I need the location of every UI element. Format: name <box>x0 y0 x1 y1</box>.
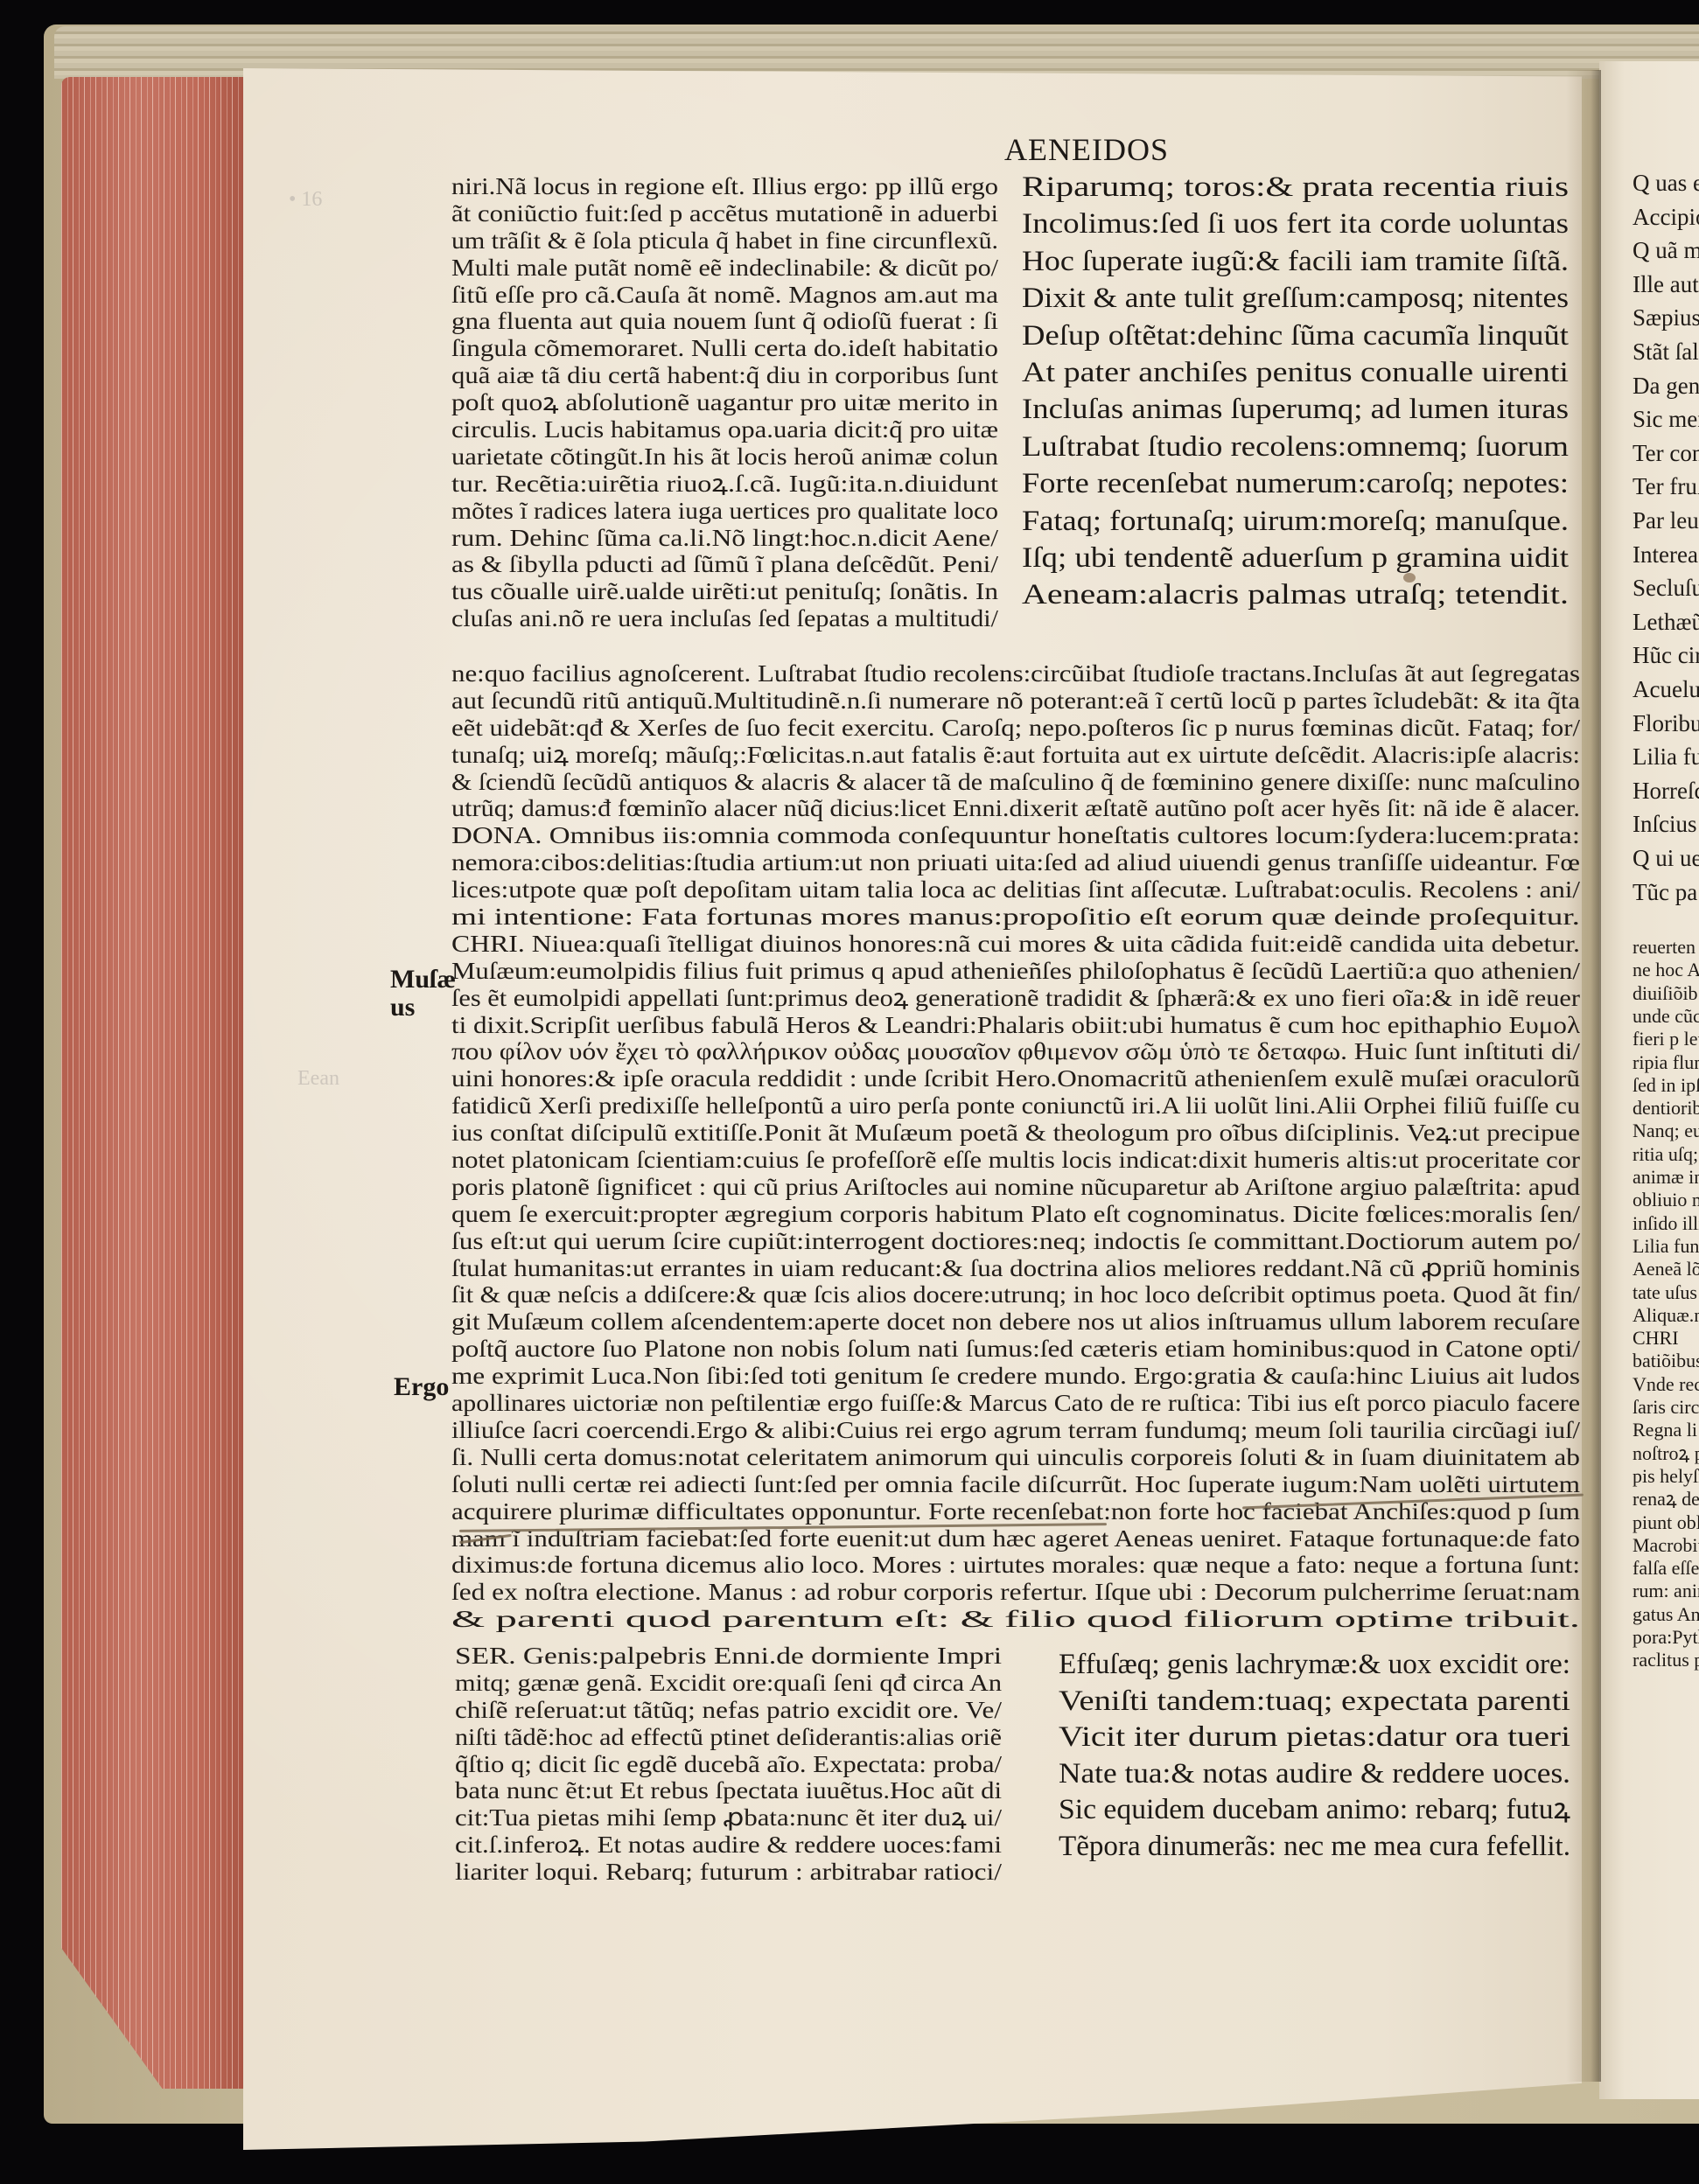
commentary-line: q̃ſtio q; dicit ſic egdẽ ducebã aĩo. Exp… <box>455 1751 955 1778</box>
facing-page-commentary-line: pora:Pyth <box>1633 1626 1699 1649</box>
commentary-line: quem ſe exercuit:propter ægregium corpor… <box>451 1201 1491 1228</box>
commentary-line: circulis. Lucis habitamus opa.uaria dici… <box>451 416 958 443</box>
commentary-line: CHRI. Niuea:quaſi ĩtelligat diuinos hono… <box>451 931 1491 958</box>
commentary-line: SER. Genis:palpebris Enni.de dormiente I… <box>455 1643 955 1670</box>
facing-page-verse-line: Acuelut <box>1633 673 1699 706</box>
facing-page-commentary-line: ne hoc A <box>1633 959 1699 981</box>
commentary-line: acquirere plurimæ difficultates opponunt… <box>451 1498 1491 1525</box>
commentary-line: poris platonẽ ſignificet : qui cũ prius … <box>451 1174 1491 1201</box>
commentary-line: ius conſtat diſcipulũ extitiſſe.Ponit ãt… <box>451 1120 1491 1147</box>
commentary-line: mõtes ĩ radices latera iuga uertices pro… <box>451 498 958 525</box>
verse-block-1: Riparumq; toros:& prata recentia riuisIn… <box>1022 169 1533 614</box>
verse-line: Fataq; fortunaſq; uirum:moreſq; manuſque… <box>1022 503 1533 540</box>
commentary-line: DONA. Omnibus iis:omnia commoda conſequu… <box>451 822 1491 849</box>
facing-page-verse-line: Hũc circ <box>1633 638 1699 672</box>
facing-page-commentary-line: diuiſiõib <box>1633 982 1698 1005</box>
verse-line: Luſtrabat ſtudio recolens:omnemq; ſuorum <box>1022 429 1533 465</box>
facing-page-verse-line: Q ui ue <box>1633 841 1699 875</box>
facing-page-verse-line: Tũc pa <box>1633 876 1697 909</box>
commentary-line: um trãſit & ẽ ſola pticula q̃ habet in f… <box>451 227 958 255</box>
facing-page-verse-line: Q uã m <box>1633 234 1699 267</box>
commentary-line: ſit & quæ neſcis a ddiſcere:& quæ ſcis a… <box>451 1281 1491 1308</box>
facing-page-commentary-line: rum: anim <box>1633 1580 1699 1602</box>
commentary-line: bata nunc ẽt:ut Et rebus ſpectata iuuẽtu… <box>455 1777 955 1804</box>
verse-line: Incolimus:ſed ſi uos fert ita corde uolu… <box>1022 206 1533 242</box>
verse-line: At pater anchiſes penitus conualle uiren… <box>1022 354 1533 391</box>
facing-page-verse-line: Q uas e <box>1633 166 1699 199</box>
facing-page-verse-line: Par leuib <box>1633 504 1699 537</box>
commentary-line: cit:Tua pietas mihi ſemp ꝓbata:nunc ẽt i… <box>455 1804 955 1832</box>
facing-page-verse-line: Horreſc <box>1633 774 1699 807</box>
commentary-line: nemora:cibos:delitias:ſtudia artium:ut n… <box>451 849 1491 876</box>
facing-page-commentary-line: Macrobiu <box>1633 1534 1699 1557</box>
facing-page-verse-line: Da genit <box>1633 369 1699 402</box>
commentary-line: ſi. Nulli certa domus:notat celeritatem … <box>451 1444 1491 1471</box>
facing-page-commentary-line: falſa eſſe p <box>1633 1557 1699 1580</box>
facing-page-commentary-line: animæ in <box>1633 1166 1699 1189</box>
commentary-line: lices:utpote quæ poſt depoſitam uitam ta… <box>451 876 1491 904</box>
facing-page-verse-line: Ter cona <box>1633 436 1699 470</box>
commentary-line: ne:quo facilius agnoſcerent. Luſtrabat ſ… <box>451 660 1491 687</box>
commentary-line: as & ſibylla pducti ad ſũmũ ĩ plana deſc… <box>451 551 958 578</box>
show-through-marks: Eean <box>297 1067 339 1091</box>
commentary-line: liariter loqui. Rebarq; futurum : arbitr… <box>455 1859 955 1886</box>
commentary-line: tus cõualle uirẽ.ualde uirẽti:ut penituſ… <box>451 578 958 605</box>
commentary-block-1: niri.Nã locus in regione eſt. Illius erg… <box>451 173 958 632</box>
facing-page-commentary-line: ritia uſq; a <box>1633 1143 1699 1166</box>
running-head: AENEIDOS <box>1004 131 1169 168</box>
facing-page-commentary-line: Regna li <box>1633 1419 1697 1441</box>
commentary-line: Muſæum:eumolpidis filius fuit primus q a… <box>451 958 1491 985</box>
facing-page-commentary-line: batiõibus: <box>1633 1350 1699 1372</box>
facing-page-commentary-line: dentiorib <box>1633 1097 1699 1120</box>
commentary-line: ti dixit.Scripſit uerſibus fabulã Heros … <box>451 1012 1491 1039</box>
commentary-line: gna fluenta aut quia nouem ſunt q̃ odioſ… <box>451 308 958 335</box>
verse-line: Vicit iter durum pietas:datur ora tueri <box>1059 1720 1570 1756</box>
facing-page-verse-line: Floribus <box>1633 707 1699 740</box>
facing-page-verse-line: Stãt ſale <box>1633 335 1699 368</box>
facing-page-verse-line: Inſcius a <box>1633 807 1699 841</box>
show-through-marks: • 16 <box>289 188 322 212</box>
commentary-line: utrũq; damus:đ fœminĩo alacer nũq̃ diciu… <box>451 795 1491 822</box>
verse-block-2: Effuſæq; genis lachrymæ:& uox excidit or… <box>1059 1647 1570 1865</box>
facing-page-commentary-line: renaꝝ deg <box>1633 1488 1699 1511</box>
commentary-line: & parenti quod parentum eſt: & filio quo… <box>451 1606 1491 1633</box>
commentary-line: & ſciendũ ſecũdũ antiquos & alacris & al… <box>451 769 1491 796</box>
commentary-line: ſtulat humanitas:ut errantes in uiam red… <box>451 1255 1491 1282</box>
facing-page-verse-line: Ille autẽ <box>1633 268 1699 301</box>
marginal-note-line: Muſæ <box>390 966 456 994</box>
facing-page-commentary-line: Aliquæ.n. <box>1633 1304 1699 1327</box>
commentary-line: ſed ex noſtra electione. Manus : ad robu… <box>451 1579 1491 1606</box>
facing-page-verse-line: Sic mem <box>1633 402 1699 436</box>
facing-page-commentary-line: Nanq; eu <box>1633 1120 1699 1142</box>
commentary-line: apollinares uictoriæ non peſtilentiæ erg… <box>451 1390 1491 1417</box>
facing-page-commentary-line: unde cũct <box>1633 1005 1699 1028</box>
marginal-note-ergo: Ergo <box>394 1373 449 1401</box>
commentary-line: tur. Recẽtia:uirẽtia riuoꝝ.ſ.cã. Iugũ:it… <box>451 471 958 498</box>
commentary-line: mitq; gænæ genã. Excidit ore:quaſi ſeni … <box>455 1670 955 1697</box>
facing-page-verse-line: Accipio <box>1633 200 1699 234</box>
verse-line: Iſq; ubi tendentẽ aduerſum p gramina uid… <box>1022 540 1533 576</box>
commentary-line: eẽt uidebãt:qđ & Xerſes de ſuo fecit exe… <box>451 715 1491 742</box>
commentary-line: niſti tãdẽ:hoc ad effectũ ptinet deſider… <box>455 1724 955 1751</box>
facing-page-commentary-line: raclitus p <box>1633 1649 1699 1671</box>
facing-page-commentary-line: ſed in ipſis <box>1633 1074 1699 1097</box>
facing-page-verse-line: Interea u <box>1633 538 1699 571</box>
verse-line: Effuſæq; genis lachrymæ:& uox excidit or… <box>1059 1647 1570 1684</box>
facing-page-commentary-line: fieri p leth <box>1633 1028 1699 1050</box>
commentary-line: poſt quoꝝ abſolutionẽ uagantur pro uitæ … <box>451 389 958 416</box>
commentary-line: ſoluti nulli certæ rei adiecti ſunt:ſed … <box>451 1471 1491 1498</box>
facing-page-commentary-line: obliuio m <box>1633 1189 1699 1211</box>
facing-page-commentary-line: Lilia fun <box>1633 1235 1699 1258</box>
facing-page-commentary-line: Aeneã lõg <box>1633 1258 1699 1280</box>
verse-line: Hoc ſuperate iugũ:& facili iam tramite ſ… <box>1022 243 1533 280</box>
commentary-line: Multi male putãt nomẽ eẽ indeclinabile: … <box>451 255 958 282</box>
verse-line: Sic equidem ducebam animo: rebarq; futuꝝ <box>1059 1792 1570 1829</box>
commentary-line: cit.ſ.inferoꝝ. Et notas audire & reddere… <box>455 1832 955 1859</box>
commentary-line: niri.Nã locus in regione eſt. Illius erg… <box>451 173 958 200</box>
commentary-line: ſes ẽt eumolpidi appellati ſunt:primus d… <box>451 985 1491 1012</box>
commentary-line: rum. Dehinc ſũma ca.li.Nõ lingt:hoc.n.di… <box>451 525 958 552</box>
marginal-note-line: us <box>390 994 456 1022</box>
commentary-line: notet platonicam ſcientiam:cuius ſe prof… <box>451 1147 1491 1174</box>
ink-stain <box>1403 573 1416 583</box>
facing-page-commentary-line: Vnde rect <box>1633 1373 1699 1396</box>
commentary-line: cluſas ani.nõ re uera incluſas ſed ſepat… <box>451 605 958 632</box>
commentary-block-3: SER. Genis:palpebris Enni.de dormiente I… <box>455 1643 955 1886</box>
facing-page-verse-line: Lilia fun <box>1633 740 1699 773</box>
commentary-line: που φίλον υόν ἔχει τὸ φαλλήρικον οὐδας μ… <box>451 1038 1491 1065</box>
commentary-line: chiſẽ reſeruat:ut tãtũq; nefas patrio ex… <box>455 1697 955 1724</box>
facing-page-commentary-line: pis helyſiis <box>1633 1465 1699 1488</box>
facing-page-fragment: Q uas eAccipioQ uã mIlle autẽSæpius cStã… <box>1599 61 1699 2099</box>
commentary-line: aut ſecundũ ritũ antiquũ.Multitudinẽ.n.ſ… <box>451 687 1491 715</box>
commentary-block-2: ne:quo facilius agnoſcerent. Luſtrabat ſ… <box>451 660 1491 1633</box>
verse-line: Dixit & ante tulit greſſum:camposq; nite… <box>1022 280 1533 317</box>
red-stained-page-edges <box>61 77 245 2089</box>
facing-page-commentary-line: gatus Anc <box>1633 1603 1699 1626</box>
facing-page-verse-line: Secluſun <box>1633 571 1699 604</box>
commentary-line: quã aiæ tã diu certã habent:q̃ diu in co… <box>451 362 958 389</box>
commentary-line: git Muſæum collem aſcendentem:aperte doc… <box>451 1308 1491 1336</box>
verse-line: Riparumq; toros:& prata recentia riuis <box>1022 169 1533 206</box>
verse-line: Nate tua:& notas audire & reddere uoces. <box>1059 1756 1570 1793</box>
facing-page-commentary-line: reuerten <box>1633 936 1696 959</box>
facing-page-commentary-line: noſtroꝝ p <box>1633 1442 1699 1465</box>
commentary-line: mi intentione: Fata fortunas mores manus… <box>451 904 1491 931</box>
facing-page-verse-line: Lethæũq <box>1633 605 1699 638</box>
commentary-line: diximus:de fortuna dicemus alio loco. Mo… <box>451 1552 1491 1579</box>
commentary-line: uarietate cõtingũt.In his ãt locis heroũ… <box>451 443 958 471</box>
commentary-line: uini honores:& ipſe oracula reddidit : u… <box>451 1065 1491 1092</box>
facing-page-commentary-line: ripia flum <box>1633 1051 1699 1074</box>
verse-line: Forte recenſebat numerum:caroſq; nepotes… <box>1022 465 1533 502</box>
facing-page-commentary-line: tate uſus la <box>1633 1281 1699 1304</box>
commentary-line: fatidicũ Xerſi predixiſſe helleſpontũ a … <box>451 1092 1491 1120</box>
commentary-line: tunaſq; uiꝝ moreſq; mãuſq;:Fœlicitas.n.a… <box>451 742 1491 769</box>
verse-line: Veniſti tandem:tuaq; expectata parenti <box>1059 1684 1570 1720</box>
marginal-note-line: Ergo <box>394 1373 449 1401</box>
verse-line: Incluſas animas ſuperumq; ad lumen itura… <box>1022 391 1533 428</box>
commentary-line: poſtq̃ auctore ſuo Platone non nobis ſol… <box>451 1336 1491 1363</box>
verse-line: Deſup oſtẽtat:dehinc ſũma cacumĩa linquũ… <box>1022 317 1533 354</box>
facing-page-commentary-line: ſaris circa <box>1633 1396 1699 1419</box>
facing-page-commentary-line: CHRI <box>1633 1327 1679 1350</box>
commentary-line: me exprimit Luca.Non ſibi:ſed toti genit… <box>451 1363 1491 1390</box>
marginal-note-musaeus: Muſæ us <box>390 966 456 1022</box>
commentary-line: ſus eſt:ut qui uerum ſcire cupiũt:interr… <box>451 1228 1491 1255</box>
facing-page-commentary-line: piunt obli <box>1633 1511 1699 1534</box>
verse-line: Tẽpora dinumerãs: nec me mea cura fefell… <box>1059 1829 1570 1866</box>
commentary-line: illiuſce ſacri coercendi.Ergo & alibi:Cu… <box>451 1417 1491 1444</box>
facing-page-verse-line: Ter fruſt <box>1633 470 1699 503</box>
facing-page-verse-line: Sæpius c <box>1633 301 1699 334</box>
commentary-line: ſitũ eſſe pro cã.Cauſa ãt nomẽ. Magnos a… <box>451 282 958 309</box>
commentary-line: ſingula cõmemoraret. Nulli certa do.ideſ… <box>451 335 958 362</box>
commentary-line: ãt coniũctio fuit:ſed p accẽtus mutation… <box>451 200 958 227</box>
facing-page-commentary-line: inſido illi <box>1633 1212 1699 1235</box>
verse-line: Aeneam:alacris palmas utraſq; tetendit. <box>1022 576 1533 613</box>
